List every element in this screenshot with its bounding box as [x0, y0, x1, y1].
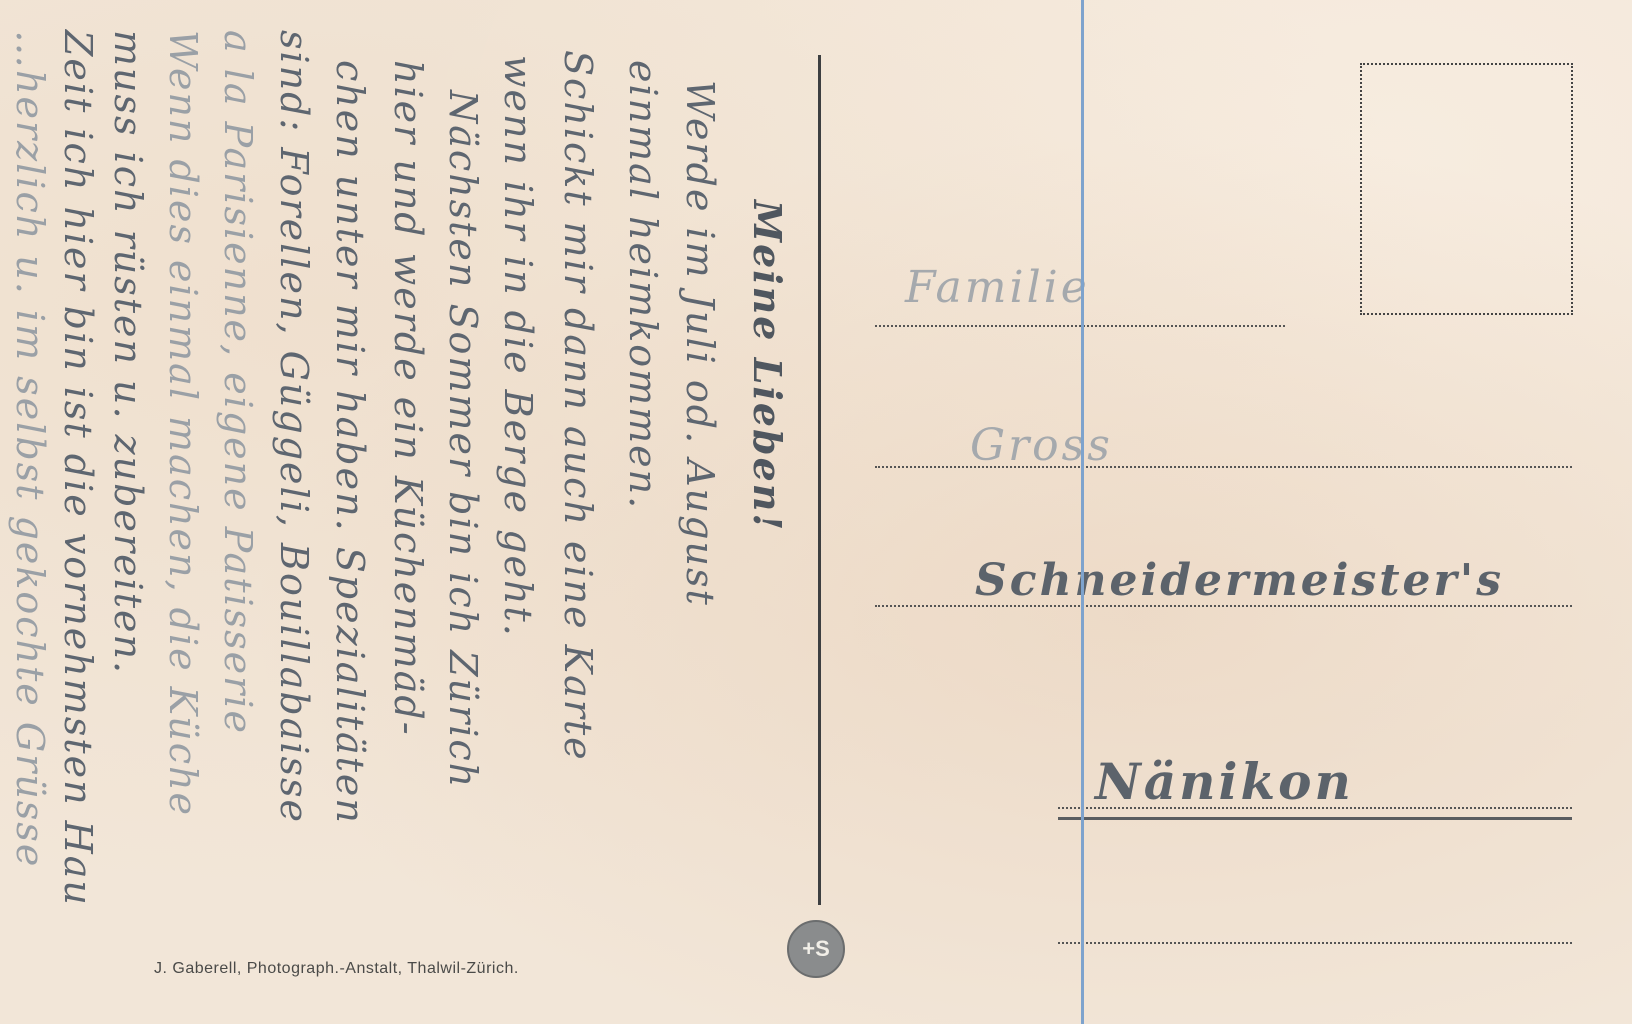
address-naenikon: Nänikon [1095, 752, 1354, 811]
message-line: Nächsten Sommer bin ich Zürich [441, 90, 485, 789]
address-familie: Familie [905, 262, 1090, 313]
message-line: einmal heimkommen. [621, 60, 665, 510]
address-line-5 [1058, 942, 1572, 944]
message-line: Werde im Juli od. August [678, 80, 722, 607]
publisher-imprint: J. Gaberell, Photograph.-Anstalt, Thalwi… [154, 960, 519, 978]
message-line: Zeit ich hier bin ist die vornehmsten Ha… [56, 30, 100, 907]
message-line: muss ich rüsten u. zubereiten. [106, 30, 150, 675]
stamp-box [1360, 63, 1573, 315]
message-line: sind: Forellen, Güggeli, Bouillabaisse [272, 30, 316, 824]
address-gross: Gross [970, 420, 1113, 471]
message-line: …herzlich u. im selbst gekochte Grüsse [8, 30, 52, 868]
message-line: a la Parisienne, eigene Patisserie [216, 30, 260, 735]
address-line-1 [875, 325, 1285, 327]
message-line: Schickt mir dann auch eine Karte [556, 50, 600, 762]
publisher-logo-icon: +S [787, 920, 845, 978]
message-salutation: Meine Lieben! [745, 200, 790, 532]
logo-mark: +S [802, 936, 830, 962]
message-line: wenn ihr in die Berge geht. [496, 55, 540, 638]
message-line: chen unter mir haben. Spezialitäten [328, 60, 372, 825]
postcard-back: Meine Lieben! Werde im Juli od. August e… [0, 0, 1632, 1024]
address-schneidermeister: Schneidermeister's [975, 555, 1504, 606]
address-underline [1058, 817, 1572, 820]
blue-rule-line [1081, 0, 1084, 1024]
center-divider [818, 55, 821, 905]
message-line: hier und werde ein Küchenmäd- [386, 60, 430, 737]
message-line: Wenn dies einmal machen, die Küche [161, 30, 205, 817]
message-area: Meine Lieben! Werde im Juli od. August e… [0, 0, 800, 1024]
